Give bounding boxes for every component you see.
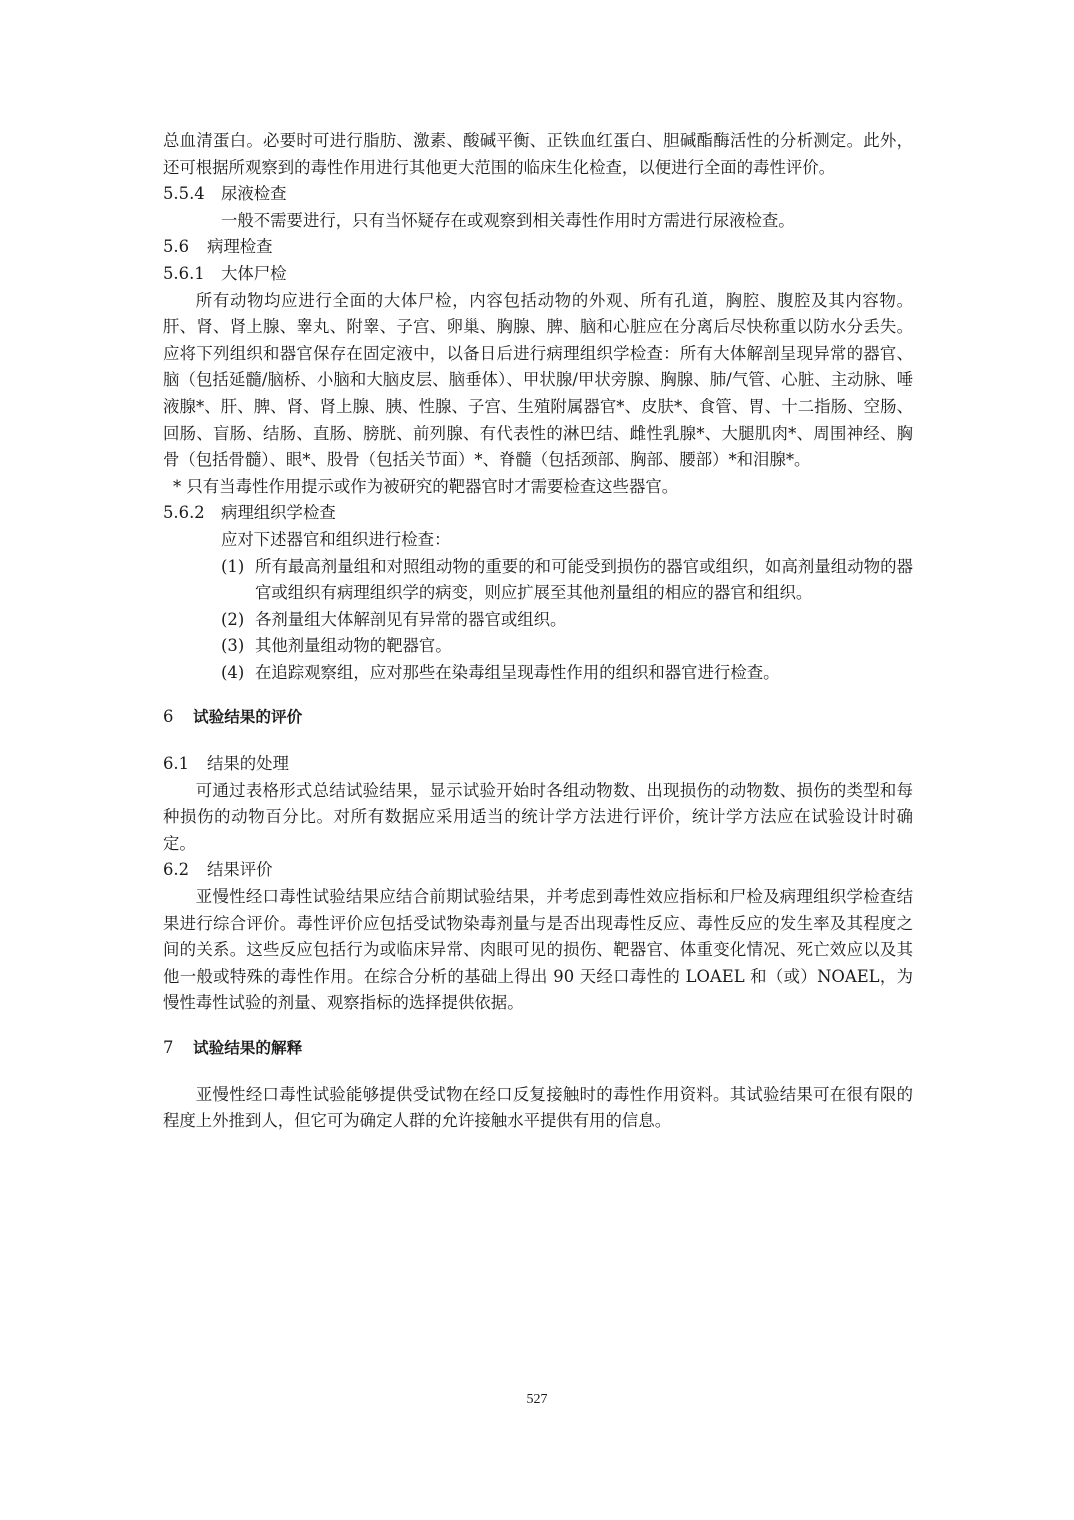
paragraph-necropsy: 所有动物均应进行全面的大体尸检，内容包括动物的外观、所有孔道，胸腔、腹腔及其内容…: [163, 288, 913, 474]
spacer: [163, 1062, 913, 1082]
paragraph-histopath-intro: 应对下述器官和组织进行检查：: [163, 527, 913, 554]
heading-6-2: 6.2结果评价: [163, 857, 913, 884]
list-marker: (4): [221, 660, 244, 687]
section-title: 尿液检查: [221, 184, 287, 203]
heading-6: 6试验结果的评价: [163, 704, 913, 731]
paragraph-urine-test: 一般不需要进行，只有当怀疑存在或观察到相关毒性作用时方需进行尿液检查。: [163, 208, 913, 235]
section-number: 6.2: [163, 857, 207, 884]
document-page: 总血清蛋白。必要时可进行脂肪、激素、酸碱平衡、正铁血红蛋白、胆碱酯酶活性的分析测…: [163, 128, 913, 1135]
heading-7: 7试验结果的解释: [163, 1035, 913, 1062]
section-title: 结果评价: [207, 860, 273, 879]
paragraph-result-evaluation: 亚慢性经口毒性试验结果应结合前期试验结果，并考虑到毒性效应指标和尸检及病理组织学…: [163, 884, 913, 1017]
list-item: (4)在追踪观察组，应对那些在染毒组呈现毒性作用的组织和器官进行检查。: [163, 660, 913, 687]
section-number: 6: [163, 704, 193, 731]
histopath-list: (1)所有最高剂量组和对照组动物的重要的和可能受到损伤的器官或组织，如高剂量组动…: [163, 554, 913, 687]
list-item: (1)所有最高剂量组和对照组动物的重要的和可能受到损伤的器官或组织，如高剂量组动…: [163, 554, 913, 607]
list-item-text: 在追踪观察组，应对那些在染毒组呈现毒性作用的组织和器官进行检查。: [255, 663, 780, 682]
section-title: 试验结果的评价: [193, 708, 302, 726]
section-title: 病理检查: [207, 237, 273, 256]
paragraph-result-processing: 可通过表格形式总结试验结果，显示试验开始时各组动物数、出现损伤的动物数、损伤的类…: [163, 778, 913, 858]
list-marker: (2): [221, 607, 244, 634]
heading-6-1: 6.1结果的处理: [163, 751, 913, 778]
section-number: 7: [163, 1035, 193, 1062]
section-title: 大体尸检: [221, 264, 287, 283]
spacer: [163, 686, 913, 704]
spacer: [163, 731, 913, 751]
section-number: 5.5.4: [163, 181, 221, 208]
list-item-text: 所有最高剂量组和对照组动物的重要的和可能受到损伤的器官或组织，如高剂量组动物的器…: [255, 557, 913, 603]
footnote-asterisk: * 只有当毒性作用提示或作为被研究的靶器官时才需要检查这些器官。: [163, 474, 913, 501]
heading-5-6: 5.6病理检查: [163, 234, 913, 261]
section-number: 5.6.1: [163, 261, 221, 288]
section-number: 5.6.2: [163, 500, 221, 527]
list-item-text: 各剂量组大体解剖见有异常的器官或组织。: [255, 610, 566, 629]
list-marker: (1): [221, 554, 244, 581]
list-item-text: 其他剂量组动物的靶器官。: [255, 636, 452, 655]
section-title: 试验结果的解释: [193, 1039, 302, 1057]
section-title: 结果的处理: [207, 754, 289, 773]
heading-5-6-1: 5.6.1大体尸检: [163, 261, 913, 288]
page-number: 527: [0, 1392, 1074, 1408]
heading-5-6-2: 5.6.2病理组织学检查: [163, 500, 913, 527]
section-title: 病理组织学检查: [221, 503, 336, 522]
paragraph-continuation: 总血清蛋白。必要时可进行脂肪、激素、酸碱平衡、正铁血红蛋白、胆碱酯酶活性的分析测…: [163, 128, 913, 181]
paragraph-result-interpretation: 亚慢性经口毒性试验能够提供受试物在经口反复接触时的毒性作用资料。其试验结果可在很…: [163, 1082, 913, 1135]
section-number: 5.6: [163, 234, 207, 261]
list-item: (2)各剂量组大体解剖见有异常的器官或组织。: [163, 607, 913, 634]
section-number: 6.1: [163, 751, 207, 778]
spacer: [163, 1017, 913, 1035]
heading-5-5-4: 5.5.4尿液检查: [163, 181, 913, 208]
list-item: (3)其他剂量组动物的靶器官。: [163, 633, 913, 660]
list-marker: (3): [221, 633, 244, 660]
